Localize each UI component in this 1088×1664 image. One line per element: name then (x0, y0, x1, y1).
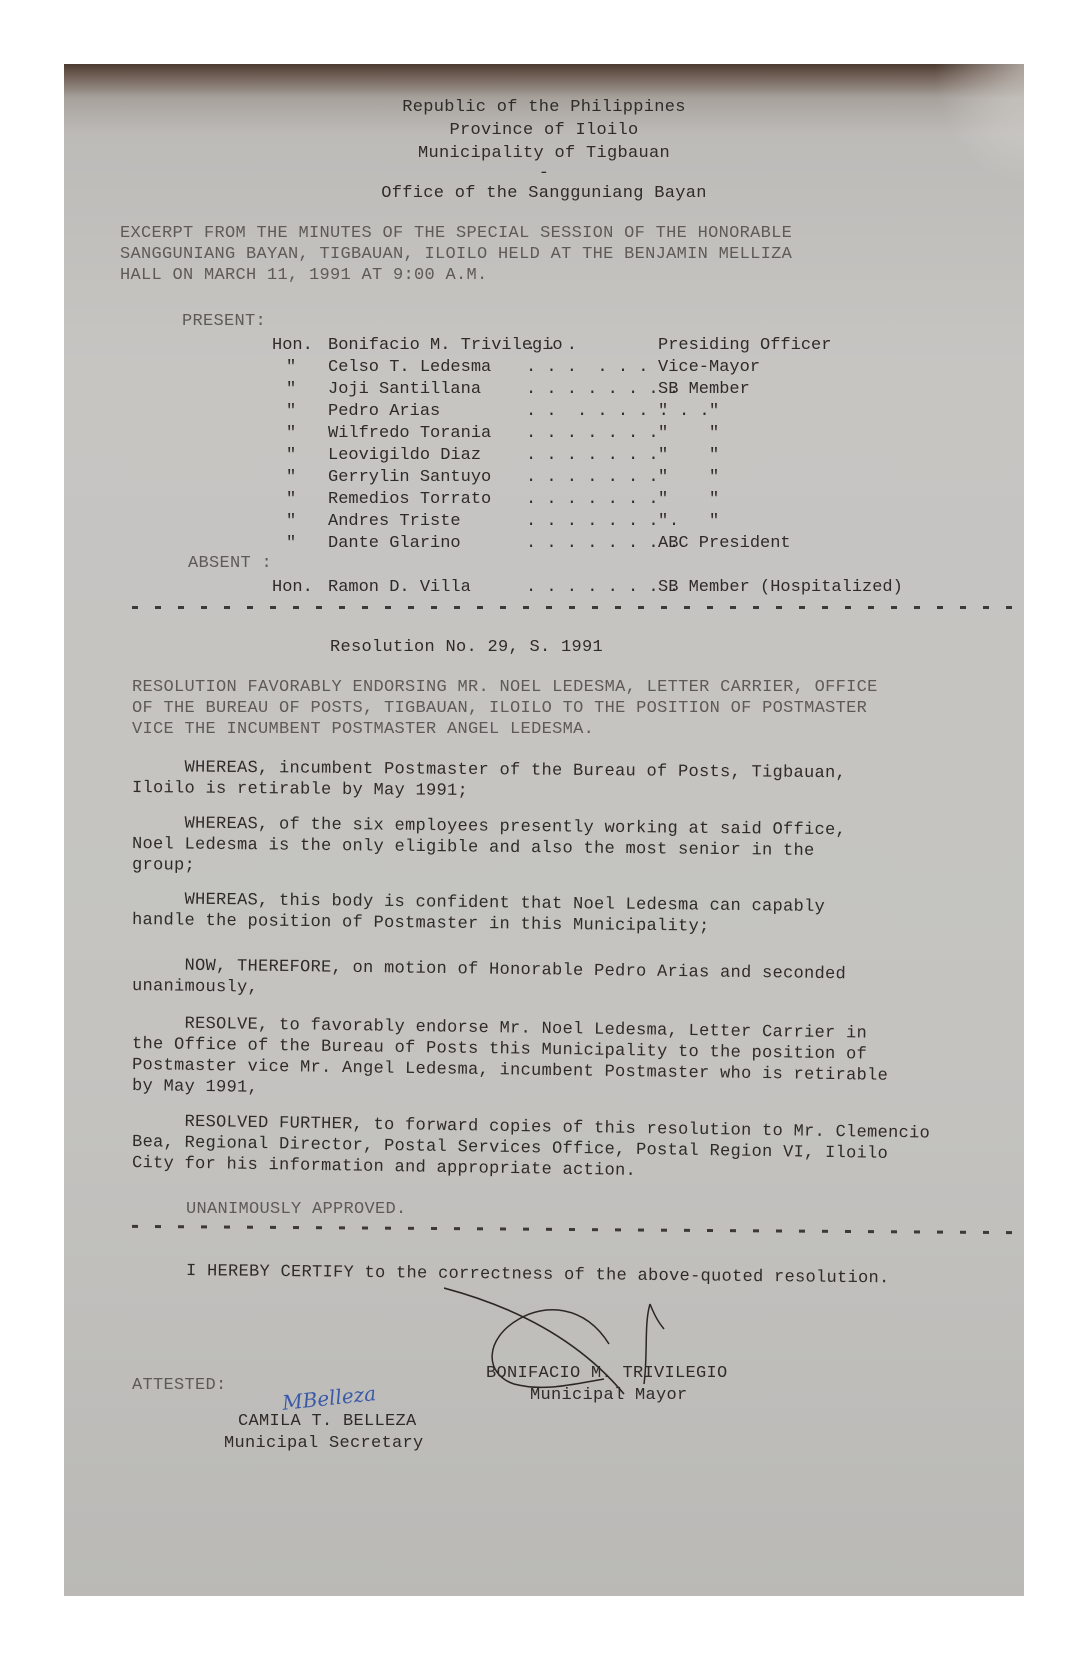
secretary-title: Municipal Secretary (224, 1434, 424, 1453)
attendee-prefix: " (286, 446, 296, 465)
attendee-role: " " (658, 512, 719, 531)
attendee-role: " " (658, 402, 719, 421)
attendee-leader-dots: . . . . . . (526, 358, 648, 377)
attendee-prefix: " (286, 402, 296, 421)
attendee-name: Andres Triste (328, 512, 461, 531)
attendee-name: Ramon D. Villa (328, 578, 471, 597)
attendee-prefix: " (286, 358, 296, 377)
attendee-prefix: " (286, 512, 296, 531)
attendee-role: Vice-Mayor (658, 358, 760, 377)
attendee-role: " " (658, 424, 719, 443)
attendee-role: " " (658, 490, 719, 509)
attendee-name: Gerrylin Santuyo (328, 468, 491, 487)
attendee-role: " " (658, 468, 719, 487)
divider (132, 606, 1012, 609)
resolution-title-line: VICE THE INCUMBENT POSTMASTER ANGEL LEDE… (132, 720, 594, 739)
attendee-prefix: Hon. (272, 578, 313, 597)
attendee-leader-dots: . . . (526, 336, 577, 355)
attendee-prefix: " (286, 468, 296, 487)
attendee-name: Celso T. Ledesma (328, 358, 491, 377)
attendee-leader-dots: . . . . . . . . (526, 512, 679, 531)
divider (132, 1225, 1012, 1234)
attendee-leader-dots: . . . . . . . (526, 424, 659, 443)
attendee-prefix: Hon. (272, 336, 313, 355)
attendee-role: ABC President (658, 534, 791, 553)
attendee-leader-dots: . . . . . . . . (526, 534, 679, 553)
attendee-role: SB Member (Hospitalized) (658, 578, 903, 597)
attendee-name: Remedios Torrato (328, 490, 491, 509)
attendee-name: Leovigildo Diaz (328, 446, 481, 465)
resolution-paragraph-line: handle the position of Postmaster in thi… (132, 911, 710, 937)
attendee-prefix: " (286, 490, 296, 509)
mayor-title: Municipal Mayor (530, 1386, 688, 1405)
header-province: Province of Iloilo (64, 121, 1024, 140)
attendee-prefix: " (286, 424, 296, 443)
header-separator: - (64, 164, 1024, 183)
mayor-name: BONIFACIO M. TRIVILEGIO (486, 1364, 728, 1383)
header-republic: Republic of the Philippines (64, 98, 1024, 117)
header-office: Office of the Sangguniang Bayan (64, 184, 1024, 203)
header-municipality: Municipality of Tigbauan (64, 144, 1024, 163)
attendee-leader-dots: . . . . . . . (526, 446, 659, 465)
attendee-leader-dots: . . . . . . . (526, 468, 659, 487)
resolution-paragraph-line: Iloilo is retirable by May 1991; (132, 779, 468, 801)
absent-label: ABSENT : (188, 554, 272, 573)
attendee-name: Wilfredo Torania (328, 424, 491, 443)
attested-label: ATTESTED: (132, 1376, 227, 1395)
resolution-title-line: OF THE BUREAU OF POSTS, TIGBAUAN, ILOILO… (132, 699, 867, 718)
resolution-paragraph-line: unanimously, (132, 977, 258, 998)
attendee-prefix: " (286, 534, 296, 553)
attendee-name: Pedro Arias (328, 402, 440, 421)
secretary-signature: MBelleza (281, 1381, 377, 1415)
attendee-prefix: " (286, 380, 296, 399)
attendee-name: Joji Santillana (328, 380, 481, 399)
attendee-role: Presiding Officer (658, 336, 831, 355)
approval-text: UNANIMOUSLY APPROVED. (186, 1200, 407, 1219)
attendee-leader-dots: . . . . . . . . (526, 380, 679, 399)
secretary-name: CAMILA T. BELLEZA (238, 1412, 417, 1431)
attendee-role: " " (658, 446, 719, 465)
document-page: Republic of the Philippines Province of … (64, 64, 1024, 1596)
excerpt-line: EXCERPT FROM THE MINUTES OF THE SPECIAL … (120, 224, 792, 243)
attendee-leader-dots: . . . . . . . . (526, 578, 679, 597)
excerpt-line: HALL ON MARCH 11, 1991 AT 9:00 A.M. (120, 266, 488, 285)
resolution-title-line: RESOLUTION FAVORABLY ENDORSING MR. NOEL … (132, 678, 878, 697)
attendee-role: SB Member (658, 380, 750, 399)
attendee-name: Dante Glarino (328, 534, 461, 553)
attendee-leader-dots: . . . . . . . (526, 490, 659, 509)
resolution-paragraph-line: group; (132, 856, 195, 876)
resolution-number: Resolution No. 29, S. 1991 (330, 638, 603, 657)
present-label: PRESENT: (182, 312, 266, 331)
resolution-paragraph-line: by May 1991, (132, 1077, 258, 1098)
excerpt-line: SANGGUNIANG BAYAN, TIGBAUAN, ILOILO HELD… (120, 245, 792, 264)
